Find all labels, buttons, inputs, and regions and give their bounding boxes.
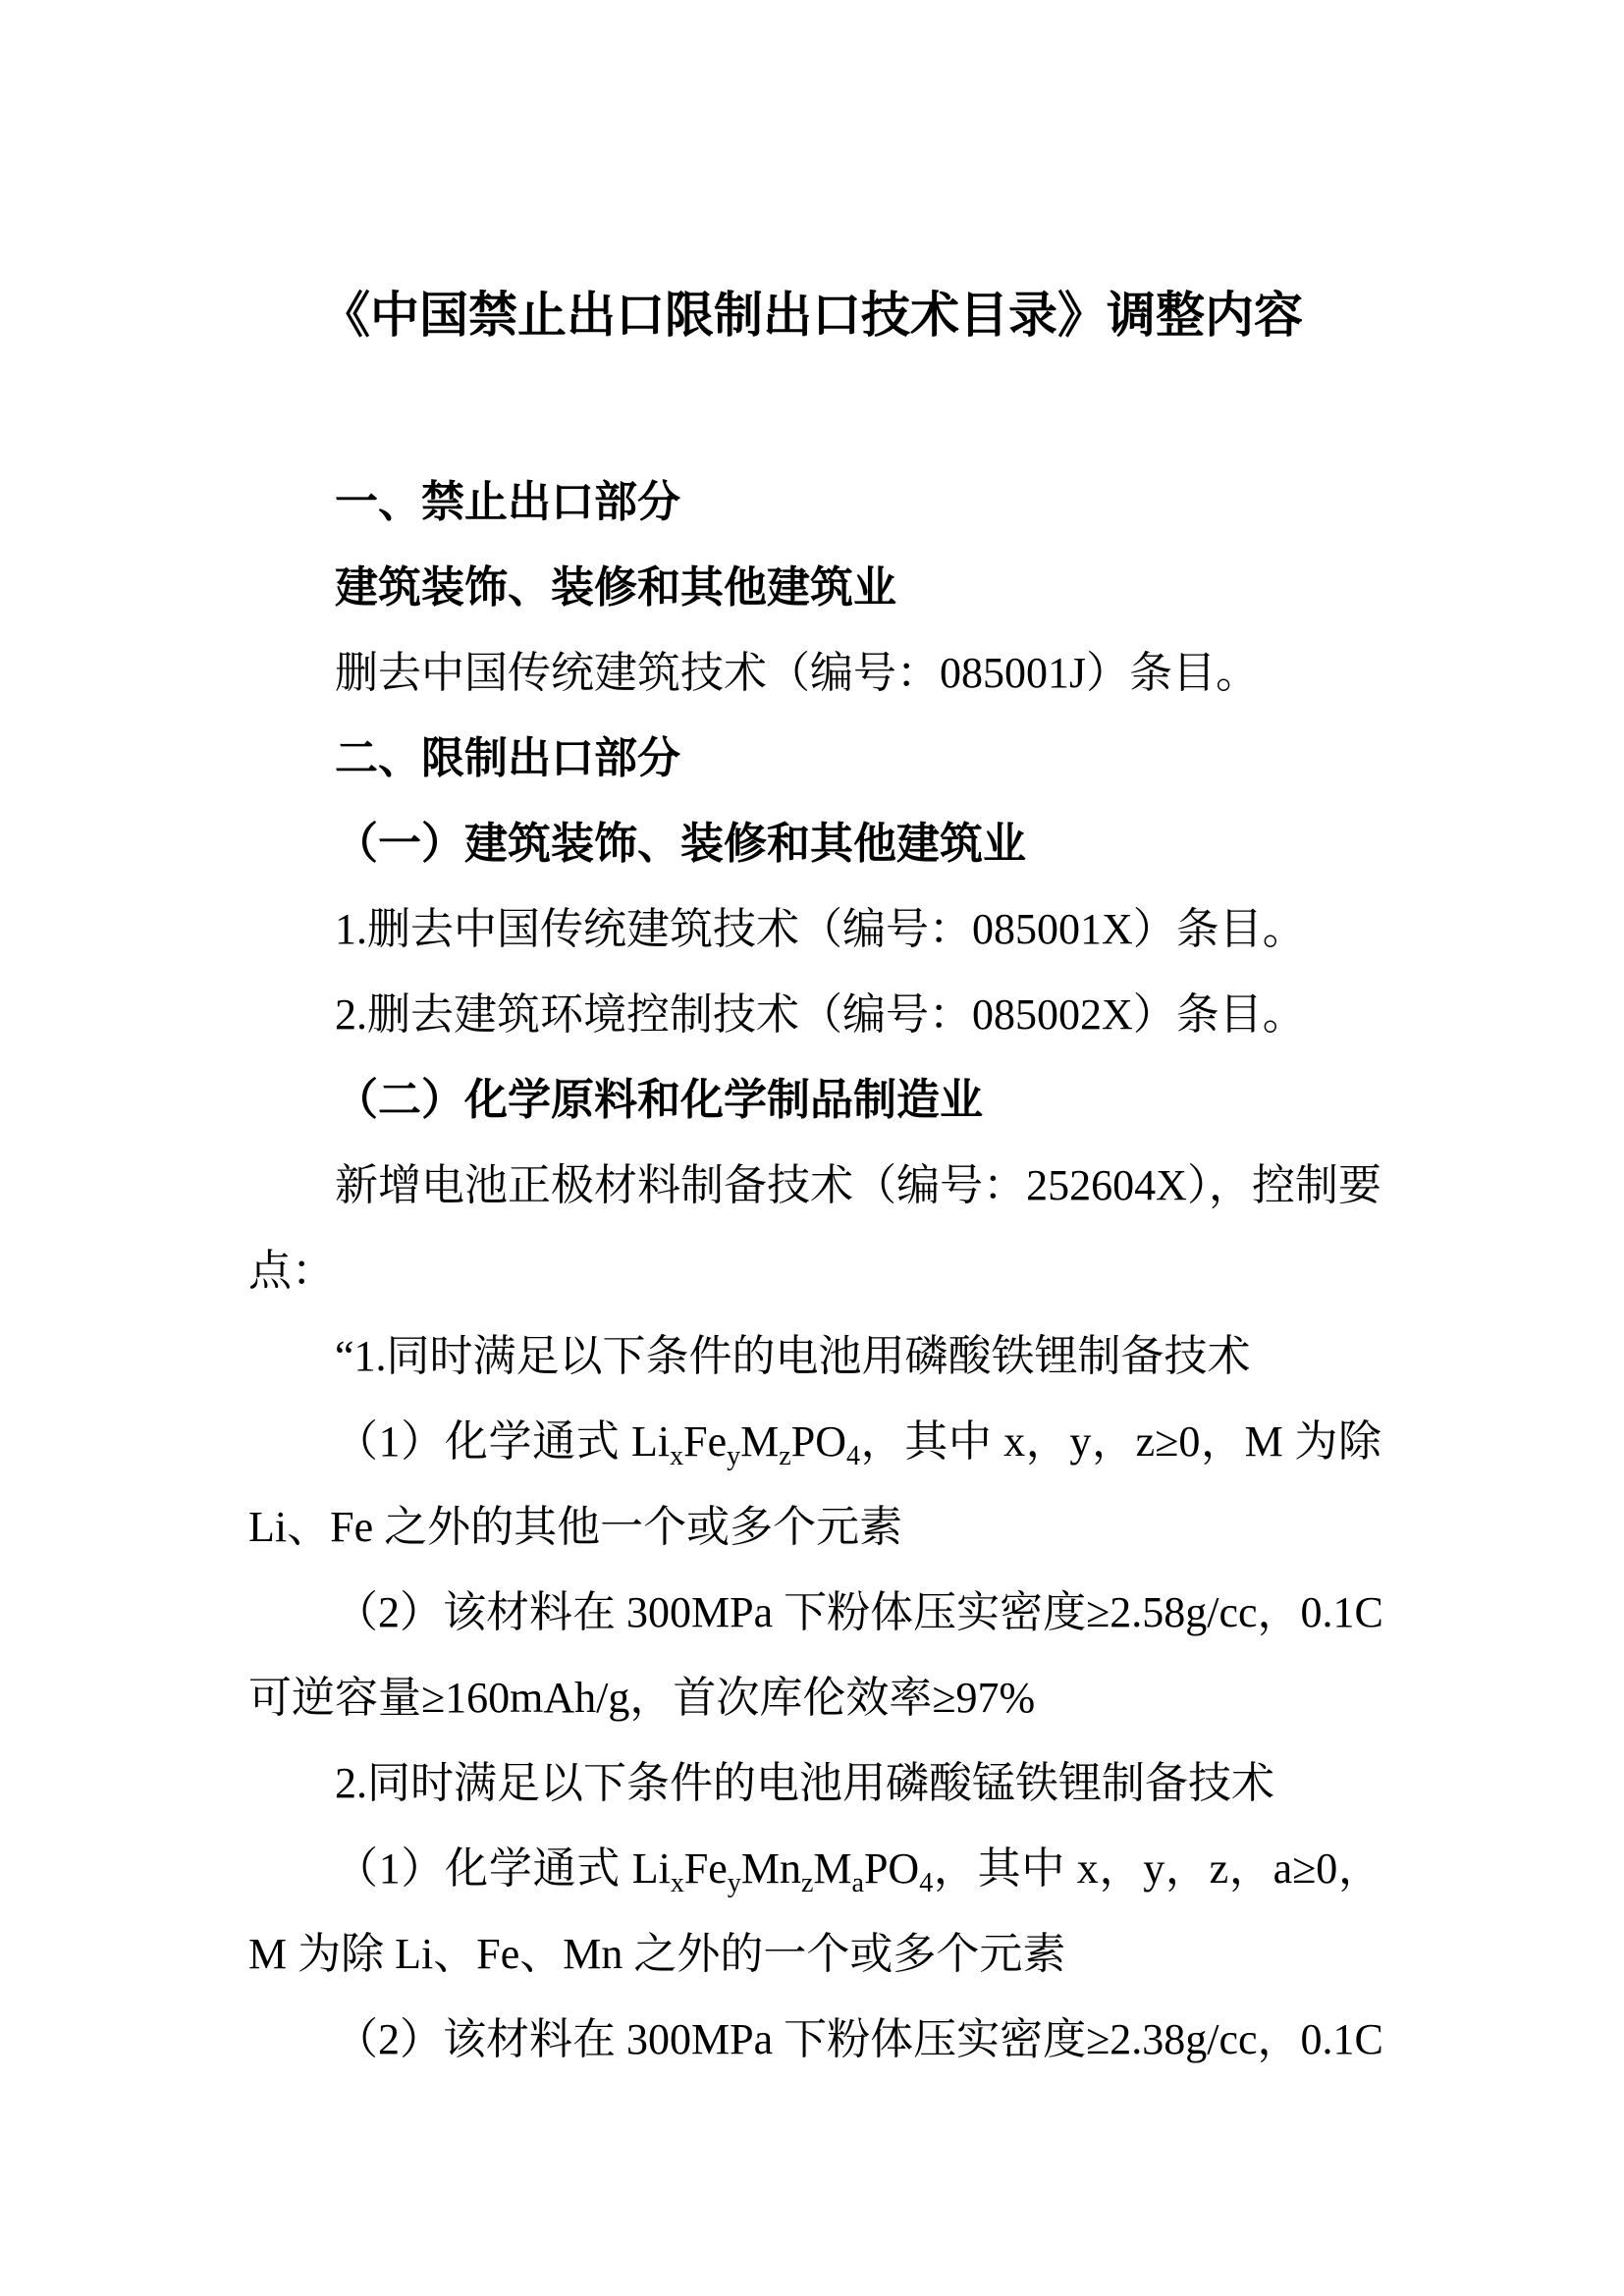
text-run: 可逆容量≥160mAh/g，首次库伦效率≥97%: [248, 1674, 1035, 1722]
text-run: Li、Fe 之外的其他一个或多个元素: [248, 1503, 902, 1551]
text-run: （2）该材料在 300MPa 下粉体压实密度≥2.58g/cc，0.1C: [335, 1588, 1383, 1636]
text-run: 2.删去建筑环境控制技术（编号：085002X）条目。: [335, 990, 1306, 1039]
subscript-run: x: [670, 1441, 683, 1471]
text-line: （2）该材料在 300MPa 下粉体压实密度≥2.38g/cc，0.1C: [248, 2008, 1381, 2071]
text-run: （1）化学通式 Li: [335, 1844, 671, 1893]
text-run: （二）化学原料和化学制品制造业: [335, 1076, 983, 1124]
subscript-run: 4: [846, 1441, 860, 1471]
text-run: 1.删去中国传统建筑技术（编号：085001X）条目。: [335, 905, 1306, 953]
text-run: PO: [864, 1844, 919, 1893]
document-title: 《中国禁止出口限制出口技术目录》调整内容: [0, 277, 1624, 353]
subscript-run: a: [852, 1868, 864, 1898]
text-line: 2.删去建筑环境控制技术（编号：085002X）条目。: [248, 984, 1381, 1046]
subscript-run: x: [671, 1868, 684, 1898]
text-line: （1）化学通式 LixFeyMzPO4，其中 x，y，z≥0，M 为除: [248, 1411, 1381, 1488]
text-run: M: [813, 1844, 851, 1893]
subscript-run: y: [728, 1868, 741, 1898]
text-line: 2.同时满足以下条件的电池用磷酸锰铁锂制备技术: [248, 1752, 1381, 1815]
text-line: 二、限制出口部分: [248, 727, 1381, 790]
text-line: （1）化学通式 LixFeyMnzMaPO4，其中 x，y，z，a≥0，: [248, 1838, 1381, 1915]
text-line: M 为除 Li、Fe、Mn 之外的一个或多个元素: [248, 1923, 1381, 1986]
text-run: 新增电池正极材料制备技术（编号：252604X），控制要: [335, 1161, 1381, 1209]
text-run: 建筑装饰、装修和其他建筑业: [335, 563, 896, 612]
subscript-run: z: [801, 1868, 813, 1898]
text-run: M: [740, 1417, 779, 1466]
text-run: 二、限制出口部分: [335, 734, 680, 782]
text-line: 1.删去中国传统建筑技术（编号：085001X）条目。: [248, 898, 1381, 961]
text-run: Fe: [683, 1417, 727, 1466]
text-run: 点：: [248, 1247, 335, 1295]
subscript-run: z: [779, 1441, 790, 1471]
text-line: 建筑装饰、装修和其他建筑业: [248, 557, 1381, 619]
text-line: “1.同时满足以下条件的电池用磷酸铁锂制备技术: [248, 1325, 1381, 1388]
text-line: 新增电池正极材料制备技术（编号：252604X），控制要: [248, 1154, 1381, 1217]
text-run: PO: [791, 1417, 846, 1466]
text-line: 一、禁止出口部分: [248, 471, 1381, 534]
text-run: 一、禁止出口部分: [335, 478, 680, 526]
text-run: （一）建筑装饰、装修和其他建筑业: [335, 820, 1026, 868]
text-run: 2.同时满足以下条件的电池用磷酸锰铁锂制备技术: [335, 1759, 1274, 1807]
text-run: ，其中 x，y，z≥0，M 为除: [860, 1417, 1381, 1466]
text-line: Li、Fe 之外的其他一个或多个元素: [248, 1496, 1381, 1559]
subscript-run: 4: [919, 1868, 933, 1898]
text-run: “1.同时满足以下条件的电池用磷酸铁锂制备技术: [335, 1332, 1251, 1380]
text-run: Fe: [684, 1844, 728, 1893]
text-run: M 为除 Li、Fe、Mn 之外的一个或多个元素: [248, 1930, 1065, 1978]
text-run: Mn: [741, 1844, 801, 1893]
text-line: 删去中国传统建筑技术（编号：085001J）条目。: [248, 642, 1381, 705]
text-line: （2）该材料在 300MPa 下粉体压实密度≥2.58g/cc，0.1C: [248, 1581, 1381, 1644]
text-line: （二）化学原料和化学制品制造业: [248, 1069, 1381, 1132]
document-page: 《中国禁止出口限制出口技术目录》调整内容 一、禁止出口部分建筑装饰、装修和其他建…: [0, 0, 1624, 2296]
text-line: （一）建筑装饰、装修和其他建筑业: [248, 813, 1381, 876]
text-run: ，其中 x，y，z，a≥0，: [933, 1844, 1381, 1893]
text-line: 点：: [248, 1240, 1381, 1303]
subscript-run: y: [727, 1441, 740, 1471]
text-line: 可逆容量≥160mAh/g，首次库伦效率≥97%: [248, 1667, 1381, 1730]
text-run: （1）化学通式 Li: [335, 1417, 670, 1466]
text-run: 删去中国传统建筑技术（编号：085001J）条目。: [335, 649, 1259, 697]
text-run: （2）该材料在 300MPa 下粉体压实密度≥2.38g/cc，0.1C: [335, 2015, 1383, 2063]
